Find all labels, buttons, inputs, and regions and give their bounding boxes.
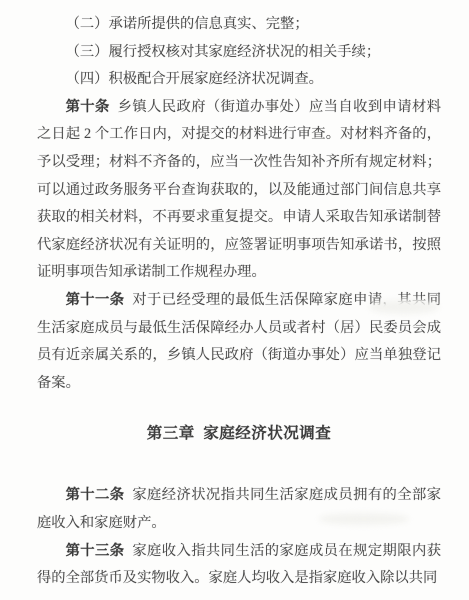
chapter-title: 家庭经济状况调查 — [203, 425, 331, 442]
article-10-paragraph: 第十条乡镇人民政府（街道办事处）应当自收到申请材料之日起 2 个工作日内，对提交… — [37, 94, 441, 287]
article-10-text: 乡镇人民政府（街道办事处）应当自收到申请材料之日起 2 个工作日内，对提交的材料… — [37, 99, 441, 281]
document-page: （二）承诺所提供的信息真实、完整； （三）履行授权核对其家庭经济状况的相关手续；… — [0, 0, 469, 600]
clause-item-4: （四）积极配合开展家庭经济状况调查。 — [37, 66, 441, 94]
article-12-paragraph: 第十二条家庭经济状况指共同生活家庭成员拥有的全部家庭收入和家庭财产。 — [37, 482, 441, 537]
article-12-label: 第十二条 — [66, 487, 125, 503]
clause-item-3: （三）履行授权核对其家庭经济状况的相关手续； — [37, 39, 441, 67]
article-11-paragraph: 第十一条对于已经受理的最低生活保障家庭申请，其共同生活家庭成员与最低生活保障经办… — [37, 287, 441, 397]
article-13-paragraph: 第十三条家庭收入指共同生活的家庭成员在规定期限内获得的全部货币及实物收入。家庭人… — [37, 538, 441, 593]
article-11-label: 第十一条 — [66, 292, 125, 308]
article-10-label: 第十条 — [66, 99, 110, 115]
chapter-heading: 第三章家庭经济状况调查 — [37, 420, 441, 448]
chapter-number: 第三章 — [147, 425, 195, 442]
clause-item-2: （二）承诺所提供的信息真实、完整； — [37, 11, 441, 39]
article-13-label: 第十三条 — [66, 543, 125, 559]
